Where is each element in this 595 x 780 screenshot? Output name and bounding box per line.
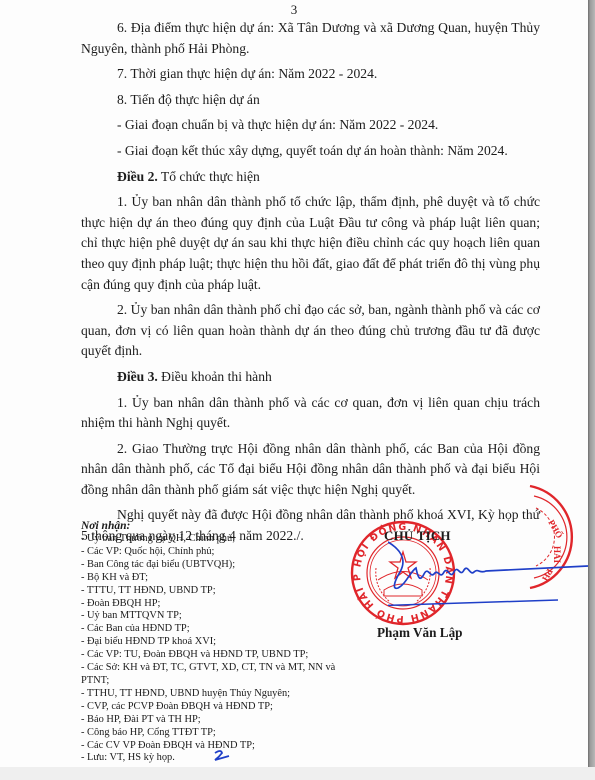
page-edge bbox=[588, 0, 595, 767]
recipient-item: - Các VP: Quốc hội, Chính phủ; bbox=[81, 546, 341, 559]
schedule-phase-2: - Giai đoạn kết thúc xây dựng, quyết toá… bbox=[81, 141, 540, 162]
recipient-item: - Uỷ ban MTTQVN TP; bbox=[81, 610, 341, 623]
page-number: 3 bbox=[0, 3, 588, 17]
seal2-text-1: PHỐ bbox=[546, 518, 564, 540]
recipient-item: - TTHU, TT HĐND, UBND huyện Thủy Nguyên; bbox=[81, 688, 341, 701]
article-2-heading: Điều 2. Tổ chức thực hiện bbox=[81, 167, 540, 188]
recipient-item: - Bộ KH và ĐT; bbox=[81, 572, 341, 585]
recipient-item: - Các Ban của HĐND TP; bbox=[81, 623, 341, 636]
article-2-clause-2: 2. Ủy ban nhân dân thành phố chỉ đạo các… bbox=[81, 300, 540, 362]
viewer-background bbox=[0, 767, 595, 780]
item-7-duration: 7. Thời gian thực hiện dự án: Năm 2022 -… bbox=[81, 64, 540, 85]
recipient-item: - Ban Công tác đại biểu (UBTVQH); bbox=[81, 559, 341, 572]
recipient-item: - Các Sở: KH và ĐT, TC, GTVT, XD, CT, TN… bbox=[81, 662, 341, 688]
recipient-item: - Công báo HP, Cổng TTĐT TP; bbox=[81, 727, 341, 740]
recipients-items: - Uỷ ban Thường vụ QH, Chính phủ;- Các V… bbox=[81, 533, 341, 765]
item-6-location: 6. Địa điểm thực hiện dự án: Xã Tân Dươn… bbox=[81, 18, 540, 59]
article-3-clause-1: 1. Ủy ban nhân dân thành phố và các cơ q… bbox=[81, 393, 540, 434]
document-body: 6. Địa điểm thực hiện dự án: Xã Tân Dươn… bbox=[81, 18, 540, 547]
recipient-item: - Báo HP, Đài PT và TH HP; bbox=[81, 714, 341, 727]
recipient-item: - Uỷ ban Thường vụ QH, Chính phủ; bbox=[81, 533, 341, 546]
recipients-heading: Nơi nhận: bbox=[81, 520, 341, 533]
handwritten-signature-icon bbox=[388, 538, 588, 608]
handwritten-mark-icon bbox=[213, 749, 233, 761]
recipient-item: - Lưu: VT, HS kỳ họp. bbox=[81, 752, 341, 765]
item-8-schedule: 8. Tiến độ thực hiện dự án bbox=[81, 90, 540, 111]
signer-name: Phạm Văn Lập bbox=[377, 625, 463, 641]
recipient-item: - Đại biểu HĐND TP khoá XVI; bbox=[81, 636, 341, 649]
article-3-heading: Điều 3. Điều khoản thi hành bbox=[81, 367, 540, 388]
article-2-clause-1: 1. Ủy ban nhân dân thành phố tổ chức lập… bbox=[81, 192, 540, 295]
article-2-title: Tổ chức thực hiện bbox=[158, 169, 260, 184]
recipient-item: - Các VP: TU, Đoàn ĐBQH và HĐND TP, UBND… bbox=[81, 649, 341, 662]
recipient-item: - Các CV VP Đoàn ĐBQH và HĐND TP; bbox=[81, 740, 341, 753]
schedule-phase-1: - Giai đoạn chuẩn bị và thực hiện dự án:… bbox=[81, 115, 540, 136]
article-3-clause-2: 2. Giao Thường trực Hội đồng nhân dân th… bbox=[81, 439, 540, 501]
recipient-item: - CVP, các PCVP Đoàn ĐBQH và HĐND TP; bbox=[81, 701, 341, 714]
article-2-label: Điều 2. bbox=[117, 169, 158, 184]
recipient-item: - Đoàn ĐBQH HP; bbox=[81, 598, 341, 611]
article-3-title: Điều khoản thi hành bbox=[158, 369, 272, 384]
recipient-item: - TTTU, TT HĐND, UBND TP; bbox=[81, 585, 341, 598]
article-3-label: Điều 3. bbox=[117, 369, 158, 384]
recipients-list: Nơi nhận: - Uỷ ban Thường vụ QH, Chính p… bbox=[81, 520, 341, 765]
